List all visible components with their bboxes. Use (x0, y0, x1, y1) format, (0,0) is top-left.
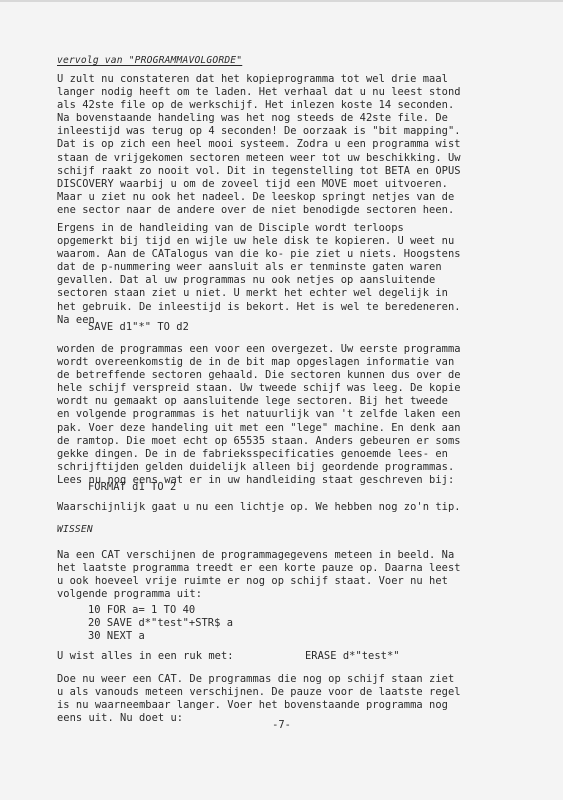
paragraph-4: Waarschijnlijk gaat u nu een lichtje op.… (57, 501, 461, 514)
code-save: SAVE d1"*" TO d2 (88, 321, 189, 334)
paragraph-3: worden de programmas een voor een overge… (57, 343, 461, 487)
erase-line-label: U wist alles in een ruk met: (57, 650, 234, 663)
paragraph-5: Na een CAT verschijnen de programmagegev… (57, 549, 461, 601)
erase-line-code: ERASE d*"test*" (305, 650, 400, 663)
code-basic-program: 10 FOR a= 1 TO 40 20 SAVE d*"test"+STR$ … (88, 604, 233, 643)
paragraph-1: U zult nu constateren dat het kopieprogr… (57, 73, 461, 217)
scanned-page: vervolg van "PROGRAMMAVOLGORDE" U zult n… (0, 0, 563, 800)
code-format: FORMAT d1 TO 2 (88, 481, 176, 494)
section-heading: vervolg van "PROGRAMMAVOLGORDE" (57, 55, 242, 66)
paragraph-6: Doe nu weer een CAT. De programmas die n… (57, 673, 461, 725)
page-number: -7- (0, 719, 563, 731)
subheading-wissen: WISSEN (57, 524, 93, 535)
paragraph-2: Ergens in de handleiding van de Disciple… (57, 222, 461, 327)
